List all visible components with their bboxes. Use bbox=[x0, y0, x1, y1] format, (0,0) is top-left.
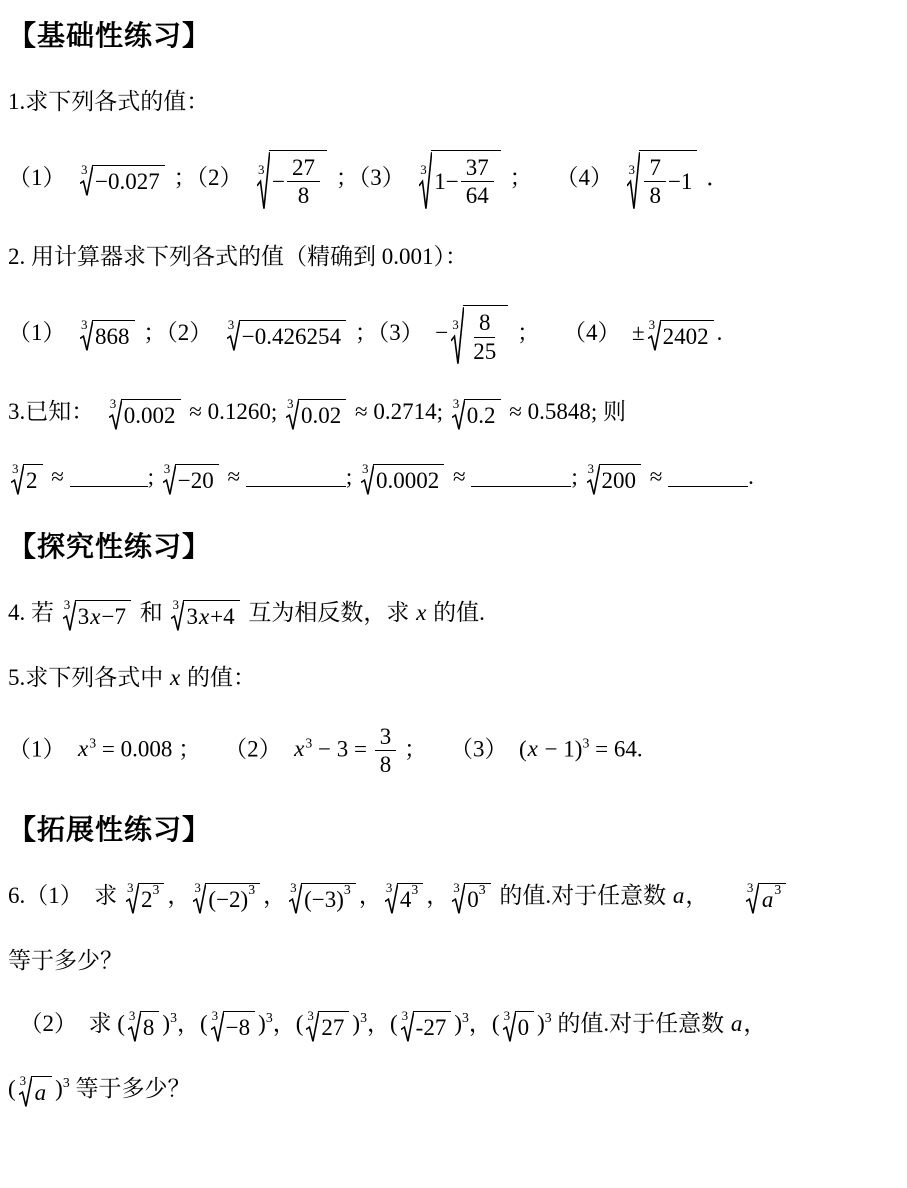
question-6-part2-cont: (3a)3 等于多少？ bbox=[8, 1071, 895, 1108]
math-text: 0 bbox=[467, 886, 479, 915]
math-text: = 64. bbox=[589, 736, 642, 761]
math-text: ；（2） bbox=[168, 165, 254, 190]
math-variable: a bbox=[761, 886, 775, 915]
radicand: a bbox=[31, 1076, 53, 1108]
math-text: 等于多少？ bbox=[8, 948, 123, 973]
math-text: −7 bbox=[101, 603, 125, 632]
math-text: 的值.对于任意数 bbox=[494, 883, 672, 908]
math-text: ， bbox=[743, 1011, 766, 1036]
math-variable: x bbox=[169, 665, 181, 690]
root-index: 3 bbox=[588, 462, 595, 475]
cube-root: 3200 bbox=[587, 462, 642, 496]
math-text: ≈ 0.2714; bbox=[349, 399, 449, 424]
fraction-numerator: 3 bbox=[375, 724, 397, 752]
radicand: 3x+4 bbox=[183, 600, 239, 632]
cube-root: 3868 bbox=[80, 318, 135, 352]
math-text: ( bbox=[8, 1076, 16, 1101]
math-text: 1.求下列各式的值： bbox=[8, 89, 209, 114]
cube-root: 323 bbox=[126, 881, 164, 915]
fraction: 78 bbox=[644, 155, 666, 210]
root-index: 3 bbox=[290, 881, 297, 894]
math-variable: x bbox=[198, 603, 210, 632]
math-text: ) bbox=[258, 1011, 266, 1036]
math-text: 的值： bbox=[181, 665, 256, 690]
math-text: 8 bbox=[143, 1014, 155, 1043]
math-text: -27 bbox=[416, 1014, 447, 1043]
math-superscript: 3 bbox=[479, 883, 486, 897]
math-text: − 1) bbox=[539, 736, 583, 761]
cube-root: 378−1 bbox=[627, 148, 697, 212]
cube-root: 38 bbox=[128, 1009, 160, 1043]
root-index: 3 bbox=[452, 318, 459, 331]
radicand: 78−1 bbox=[639, 150, 697, 212]
math-text: 和 bbox=[134, 600, 169, 625]
root-index: 3 bbox=[172, 598, 179, 611]
math-text: （2） 求 ( bbox=[8, 1011, 125, 1036]
cube-root: 3−0.027 bbox=[80, 163, 165, 197]
cube-root: 3−278 bbox=[257, 148, 327, 212]
cube-root: 3a3 bbox=[746, 881, 786, 915]
root-index: 3 bbox=[64, 598, 71, 611]
math-text: 的值. bbox=[427, 600, 485, 625]
math-text: ≈ bbox=[447, 464, 471, 489]
cube-root: 3825 bbox=[451, 303, 508, 367]
root-index: 3 bbox=[127, 881, 134, 894]
root-index: 3 bbox=[164, 462, 171, 475]
math-text: 0.2 bbox=[467, 402, 496, 431]
math-variable: x bbox=[527, 736, 539, 761]
answer-blank bbox=[471, 463, 571, 487]
radicand: −278 bbox=[269, 150, 327, 212]
fraction: 3764 bbox=[461, 155, 494, 210]
cube-root: 30.2 bbox=[452, 397, 501, 431]
question-1-title: 1.求下列各式的值： bbox=[8, 84, 895, 120]
math-text: ， bbox=[263, 883, 286, 908]
question-1-items: （1） 3−0.027 ；（2） 3−278 ；（3） 31−3764 ； （4… bbox=[8, 148, 895, 212]
math-text: . bbox=[717, 320, 723, 345]
cube-root: 327 bbox=[306, 1009, 349, 1043]
radicand: 2 bbox=[23, 464, 43, 496]
math-text: −0.426254 bbox=[242, 323, 341, 352]
question-6-part2: （2） 求 (38)3，(3−8)3，(327)3，(3-27)3，(30)3 … bbox=[8, 1006, 895, 1043]
math-superscript: 3 bbox=[248, 883, 255, 897]
cube-root: 3-27 bbox=[401, 1009, 452, 1043]
fraction-numerator: 37 bbox=[461, 155, 494, 183]
math-text: ， bbox=[685, 883, 743, 908]
math-text: −20 bbox=[178, 467, 214, 496]
math-superscript: 3 bbox=[411, 883, 418, 897]
math-text: ≈ 0.5848; 则 bbox=[504, 399, 627, 424]
math-text: 2402 bbox=[663, 323, 709, 352]
math-text: （1） bbox=[8, 320, 77, 345]
math-text: 3 bbox=[186, 603, 198, 632]
root-index: 3 bbox=[307, 1009, 314, 1022]
radicand: −8 bbox=[223, 1011, 255, 1043]
root-index: 3 bbox=[81, 318, 88, 331]
question-5-items: （1） x3 = 0.008 ； （2） x3 − 3 = 38 ； （3） (… bbox=[8, 724, 895, 779]
root-index: 3 bbox=[12, 462, 19, 475]
radicand: (−2)3 bbox=[205, 883, 260, 915]
math-text: 6.（1） 求 bbox=[8, 883, 123, 908]
math-text: (−3) bbox=[304, 886, 344, 915]
cube-root: 3(−3)3 bbox=[289, 881, 356, 915]
root-index: 3 bbox=[453, 397, 460, 410]
root-index: 3 bbox=[628, 163, 635, 176]
math-text: 2. 用计算器求下列各式的值（精确到 0.001）： bbox=[8, 244, 468, 269]
math-text: ， bbox=[359, 883, 382, 908]
math-text: 的值.对于任意数 bbox=[552, 1011, 730, 1036]
root-index: 3 bbox=[747, 881, 754, 894]
math-text: ， bbox=[167, 883, 190, 908]
math-text: ；（3） bbox=[330, 165, 416, 190]
fraction: 825 bbox=[468, 310, 501, 365]
radical-sign bbox=[257, 150, 270, 212]
math-text: = 0.008 ； （2） bbox=[96, 736, 293, 761]
math-text: ； （3） ( bbox=[398, 736, 526, 761]
cube-root: 30.02 bbox=[286, 397, 346, 431]
radicand: 0.0002 bbox=[373, 464, 444, 496]
section-extension-body: 6.（1） 求 323，3(−2)3，3(−3)3，343，303 的值.对于任… bbox=[8, 878, 895, 1107]
math-superscript: 3 bbox=[545, 1010, 552, 1025]
root-index: 3 bbox=[20, 1074, 27, 1087]
math-variable: a bbox=[730, 1011, 744, 1036]
fraction-denominator: 64 bbox=[461, 182, 494, 209]
math-variable: x bbox=[77, 736, 89, 761]
radicand: (−3)3 bbox=[301, 883, 356, 915]
math-text: ，( bbox=[177, 1011, 208, 1036]
math-text: 等于多少？ bbox=[70, 1076, 191, 1101]
math-text: ． bbox=[700, 165, 729, 190]
radicand: −0.426254 bbox=[239, 320, 346, 352]
root-index: 3 bbox=[194, 881, 201, 894]
root-index: 3 bbox=[504, 1009, 511, 1022]
math-text: ≈ bbox=[644, 464, 668, 489]
math-text: ≈ bbox=[222, 464, 246, 489]
section-heading-basic: 【基础性练习】 bbox=[8, 14, 895, 54]
radicand: 27 bbox=[318, 1011, 349, 1043]
fraction: 38 bbox=[375, 724, 397, 779]
radicand: 2402 bbox=[660, 320, 714, 352]
question-3-blanks: 32 ≈ ; 3−20 ≈ ; 30.0002 ≈ ; 3200 ≈ . bbox=[8, 459, 895, 496]
question-2-items: （1） 3868 ；（2） 3−0.426254 ；（3） −3825 ； （4… bbox=[8, 303, 895, 367]
fraction: 278 bbox=[287, 155, 320, 210]
math-text: 互为相反数，求 bbox=[243, 600, 416, 625]
question-4: 4. 若 33x−7 和 33x+4 互为相反数，求 x 的值. bbox=[8, 595, 895, 632]
math-text: 0.02 bbox=[301, 402, 341, 431]
radicand: a3 bbox=[758, 883, 786, 915]
root-index: 3 bbox=[287, 397, 294, 410]
math-text: 1− bbox=[434, 168, 458, 197]
cube-root: 3−20 bbox=[163, 462, 219, 496]
cube-root: 343 bbox=[385, 881, 423, 915]
radical-sign bbox=[419, 150, 432, 212]
math-text: 0.0002 bbox=[376, 467, 439, 496]
math-text: 0.002 bbox=[124, 402, 176, 431]
radical-sign bbox=[451, 305, 464, 367]
question-6-part1: 6.（1） 求 323，3(−2)3，3(−3)3，343，303 的值.对于任… bbox=[8, 878, 895, 915]
fraction-numerator: 27 bbox=[287, 155, 320, 183]
math-text: ；（3） − bbox=[349, 320, 448, 345]
root-index: 3 bbox=[402, 1009, 409, 1022]
radical-sign bbox=[627, 150, 640, 212]
section-exploratory-body: 4. 若 33x−7 和 33x+4 互为相反数，求 x 的值.5.求下列各式中… bbox=[8, 595, 895, 778]
question-5-title: 5.求下列各式中 x 的值： bbox=[8, 660, 895, 696]
math-text: （1） bbox=[8, 165, 77, 190]
math-text: 4. 若 bbox=[8, 600, 60, 625]
math-superscript: 3 bbox=[153, 883, 160, 897]
math-text: ； （4） bbox=[504, 165, 625, 190]
math-text: . bbox=[748, 464, 754, 489]
fraction-denominator: 8 bbox=[293, 182, 315, 209]
math-superscript: 3 bbox=[344, 883, 351, 897]
root-index: 3 bbox=[386, 881, 393, 894]
math-text: ≈ 0.1260; bbox=[184, 399, 284, 424]
math-superscript: 3 bbox=[360, 1010, 367, 1025]
math-text: − 3 = bbox=[312, 736, 372, 761]
radicand: 8 bbox=[140, 1011, 160, 1043]
math-text: − bbox=[272, 168, 285, 197]
cube-root: 3−8 bbox=[211, 1009, 255, 1043]
cube-root: 33x−7 bbox=[63, 598, 131, 632]
radicand: −20 bbox=[175, 464, 219, 496]
math-text: −1 bbox=[668, 168, 692, 197]
section-heading-exploratory: 【探究性练习】 bbox=[8, 525, 895, 565]
math-superscript: 3 bbox=[170, 1010, 177, 1025]
math-text: +4 bbox=[210, 603, 234, 632]
radicand: −0.027 bbox=[92, 165, 165, 197]
math-text: ；（2） bbox=[138, 320, 224, 345]
root-index: 3 bbox=[212, 1009, 219, 1022]
radicand: 23 bbox=[138, 883, 164, 915]
cube-root: 32 bbox=[11, 462, 43, 496]
root-index: 3 bbox=[649, 318, 656, 331]
radicand: 200 bbox=[599, 464, 642, 496]
cube-root: 30 bbox=[503, 1009, 535, 1043]
question-6-part1-cont: 等于多少？ bbox=[8, 943, 895, 979]
cube-root: 3(−2)3 bbox=[193, 881, 260, 915]
math-variable: a bbox=[34, 1079, 48, 1108]
root-index: 3 bbox=[129, 1009, 136, 1022]
math-text: 3 bbox=[78, 603, 90, 632]
cube-root: 33x+4 bbox=[171, 598, 239, 632]
math-text: 0 bbox=[518, 1014, 530, 1043]
radicand: 3x−7 bbox=[75, 600, 131, 632]
math-text: 4 bbox=[400, 886, 412, 915]
math-text: ； （4） ± bbox=[511, 320, 644, 345]
root-index: 3 bbox=[228, 318, 235, 331]
math-text: ，( bbox=[367, 1011, 398, 1036]
root-index: 3 bbox=[258, 163, 265, 176]
math-text: ) bbox=[55, 1076, 63, 1101]
math-text: ，( bbox=[273, 1011, 304, 1036]
radicand: 43 bbox=[397, 883, 423, 915]
question-2-title: 2. 用计算器求下列各式的值（精确到 0.001）： bbox=[8, 239, 895, 275]
answer-blank bbox=[668, 463, 748, 487]
math-text: （1） bbox=[8, 736, 77, 761]
root-index: 3 bbox=[362, 462, 369, 475]
fraction-denominator: 25 bbox=[468, 338, 501, 365]
math-superscript: 3 bbox=[462, 1010, 469, 1025]
fraction-numerator: 7 bbox=[644, 155, 666, 183]
answer-blank bbox=[246, 463, 346, 487]
math-text: ≈ bbox=[46, 464, 70, 489]
math-text: 5.求下列各式中 bbox=[8, 665, 169, 690]
math-text: ; bbox=[571, 464, 583, 489]
cube-root: 31−3764 bbox=[419, 148, 500, 212]
math-text: ) bbox=[454, 1011, 462, 1036]
cube-root: 303 bbox=[452, 881, 490, 915]
cube-root: 30.0002 bbox=[361, 462, 444, 496]
cube-root: 3a bbox=[19, 1074, 53, 1108]
math-text: 200 bbox=[602, 467, 637, 496]
radicand: 868 bbox=[92, 320, 135, 352]
fraction-denominator: 8 bbox=[644, 182, 666, 209]
worksheet-page: 【基础性练习】 1.求下列各式的值：（1） 3−0.027 ；（2） 3−278… bbox=[8, 14, 895, 1108]
radicand: 0.002 bbox=[121, 399, 181, 431]
cube-root: 3−0.426254 bbox=[227, 318, 346, 352]
math-variable: x bbox=[415, 600, 427, 625]
math-text: −0.027 bbox=[95, 168, 160, 197]
math-text: −8 bbox=[226, 1014, 250, 1043]
math-text: (−2) bbox=[208, 886, 248, 915]
answer-blank bbox=[70, 463, 148, 487]
section-basic-body: 1.求下列各式的值：（1） 3−0.027 ；（2） 3−278 ；（3） 31… bbox=[8, 84, 895, 495]
math-variable: x bbox=[293, 736, 305, 761]
root-index: 3 bbox=[453, 881, 460, 894]
root-index: 3 bbox=[420, 163, 427, 176]
radicand: 0.2 bbox=[464, 399, 501, 431]
math-superscript: 3 bbox=[266, 1010, 273, 1025]
math-text: 3.已知： bbox=[8, 399, 106, 424]
radicand: 0.02 bbox=[298, 399, 346, 431]
root-index: 3 bbox=[110, 397, 117, 410]
question-3-given: 3.已知： 30.002 ≈ 0.1260; 30.02 ≈ 0.2714; 3… bbox=[8, 394, 895, 431]
math-text: 2 bbox=[141, 886, 153, 915]
radicand: 03 bbox=[464, 883, 490, 915]
math-text: 2 bbox=[26, 467, 38, 496]
math-text: 868 bbox=[95, 323, 130, 352]
math-variable: a bbox=[672, 883, 686, 908]
math-variable: x bbox=[89, 603, 101, 632]
cube-root: 30.002 bbox=[109, 397, 181, 431]
math-text: 27 bbox=[321, 1014, 344, 1043]
radicand: 1−3764 bbox=[431, 150, 500, 212]
math-text: ，( bbox=[469, 1011, 500, 1036]
fraction-numerator: 8 bbox=[474, 310, 496, 338]
fraction-denominator: 8 bbox=[375, 751, 397, 778]
math-text: ; bbox=[346, 464, 358, 489]
math-superscript: 3 bbox=[63, 1075, 70, 1090]
root-index: 3 bbox=[81, 163, 88, 176]
math-text: ) bbox=[162, 1011, 170, 1036]
section-heading-extension: 【拓展性练习】 bbox=[8, 808, 895, 848]
radicand: -27 bbox=[413, 1011, 452, 1043]
math-text: ) bbox=[537, 1011, 545, 1036]
cube-root: 32402 bbox=[648, 318, 714, 352]
radicand: 825 bbox=[463, 305, 508, 367]
radicand: 0 bbox=[515, 1011, 535, 1043]
math-text: ; bbox=[148, 464, 160, 489]
math-superscript: 3 bbox=[774, 883, 781, 897]
math-text: ， bbox=[426, 883, 449, 908]
math-text: ) bbox=[352, 1011, 360, 1036]
